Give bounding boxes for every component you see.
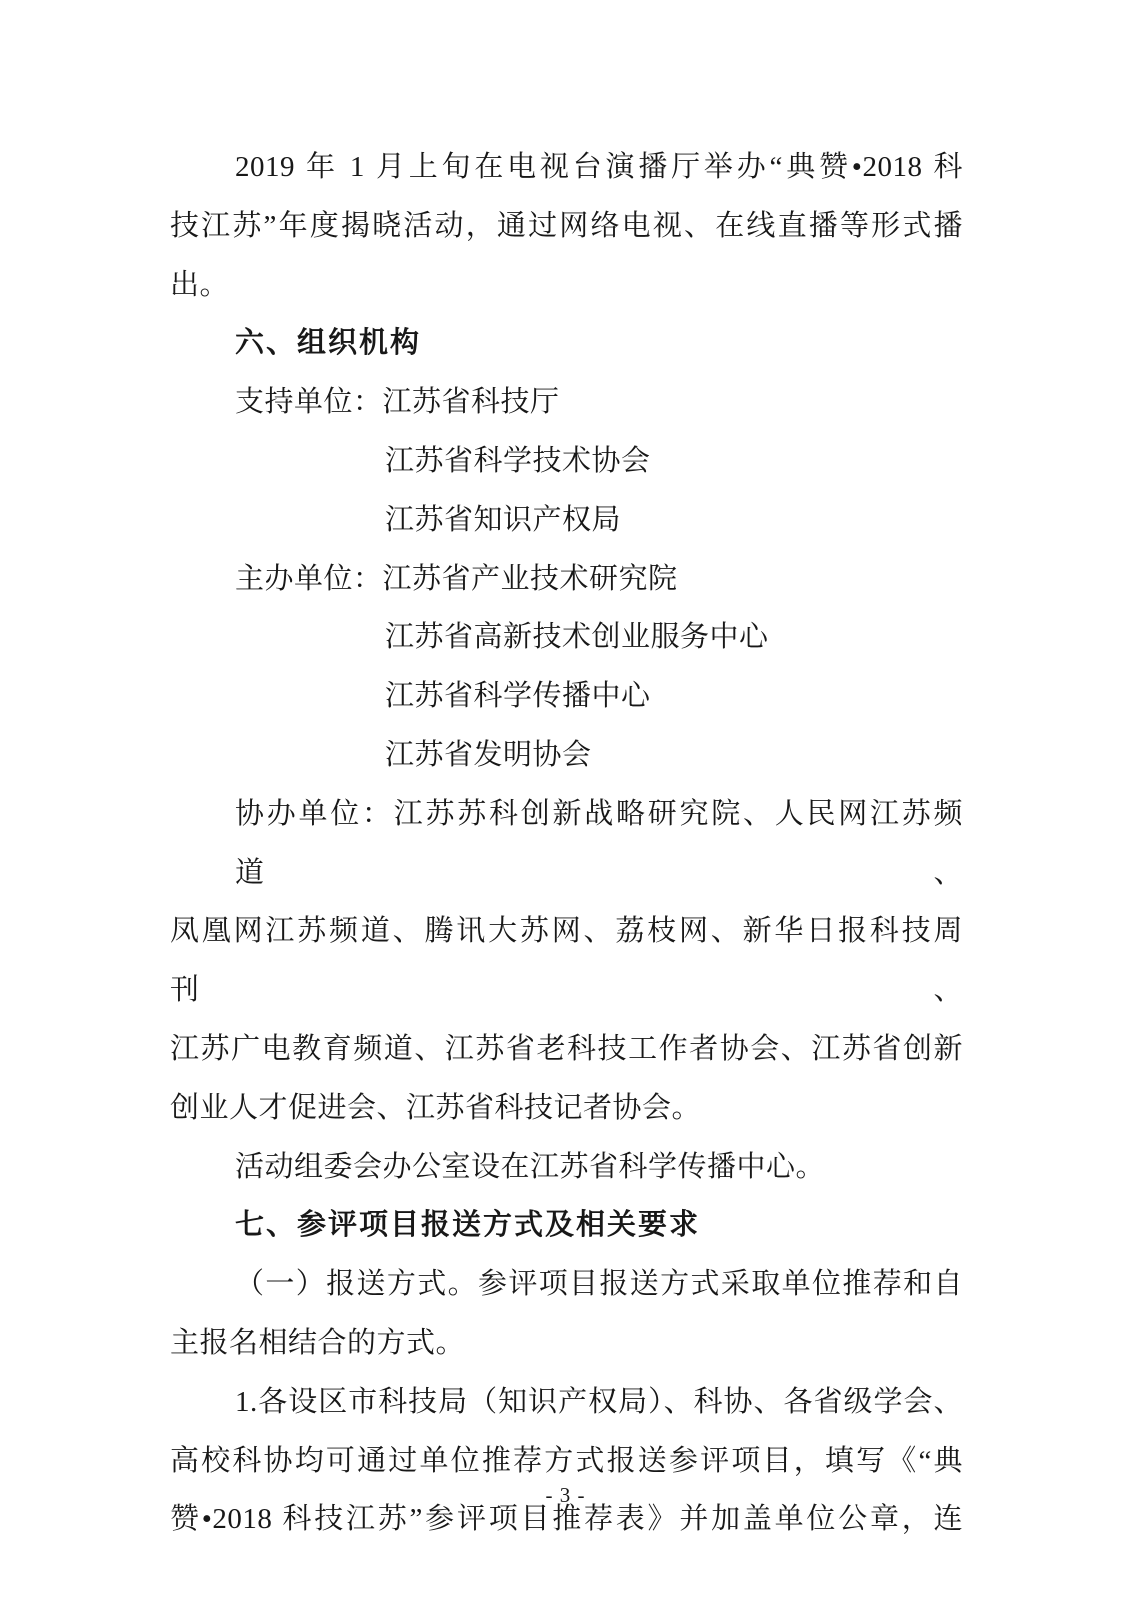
paragraph-line: 出。: [170, 256, 963, 315]
paragraph-line: （一）报送方式。参评项目报送方式采取单位推荐和自: [170, 1255, 963, 1314]
section-heading-submission: 七、参评项目报送方式及相关要求: [170, 1196, 963, 1255]
support-units-label-line: 支持单位：江苏省科技厅: [170, 373, 963, 432]
support-unit-line: 江苏省知识产权局: [170, 491, 963, 550]
document-page: 2019 年 1 月上旬在电视台演播厅举办“典赞•2018 科 技江苏”年度揭晓…: [0, 0, 1131, 1600]
host-unit-line: 江苏省高新技术创业服务中心: [170, 608, 963, 667]
document-body: 2019 年 1 月上旬在电视台演播厅举办“典赞•2018 科 技江苏”年度揭晓…: [170, 138, 963, 1549]
section-heading-organization: 六、组织机构: [170, 314, 963, 373]
co-organizer-line: 江苏广电教育频道、江苏省老科技工作者协会、江苏省创新: [170, 1020, 963, 1079]
paragraph-line: 1.各设区市科技局（知识产权局）、科协、各省级学会、: [170, 1373, 963, 1432]
co-organizer-line: 凤凰网江苏频道、腾讯大苏网、荔枝网、新华日报科技周刊、: [170, 902, 963, 1020]
paragraph-line: 技江苏”年度揭晓活动，通过网络电视、在线直播等形式播: [170, 197, 963, 256]
paragraph-line: 主报名相结合的方式。: [170, 1314, 963, 1373]
co-organizer-line: 协办单位：江苏苏科创新战略研究院、人民网江苏频道、: [170, 785, 963, 903]
host-unit-line: 江苏省发明协会: [170, 726, 963, 785]
host-unit-line: 江苏省科学传播中心: [170, 667, 963, 726]
paragraph-line: 活动组委会办公室设在江苏省科学传播中心。: [170, 1138, 963, 1197]
footer-page-number: - 3 -: [0, 1480, 1131, 1510]
co-organizer-line: 创业人才促进会、江苏省科技记者协会。: [170, 1079, 963, 1138]
paragraph-line: 2019 年 1 月上旬在电视台演播厅举办“典赞•2018 科: [170, 138, 963, 197]
host-units-label-line: 主办单位：江苏省产业技术研究院: [170, 550, 963, 609]
support-unit-line: 江苏省科学技术协会: [170, 432, 963, 491]
